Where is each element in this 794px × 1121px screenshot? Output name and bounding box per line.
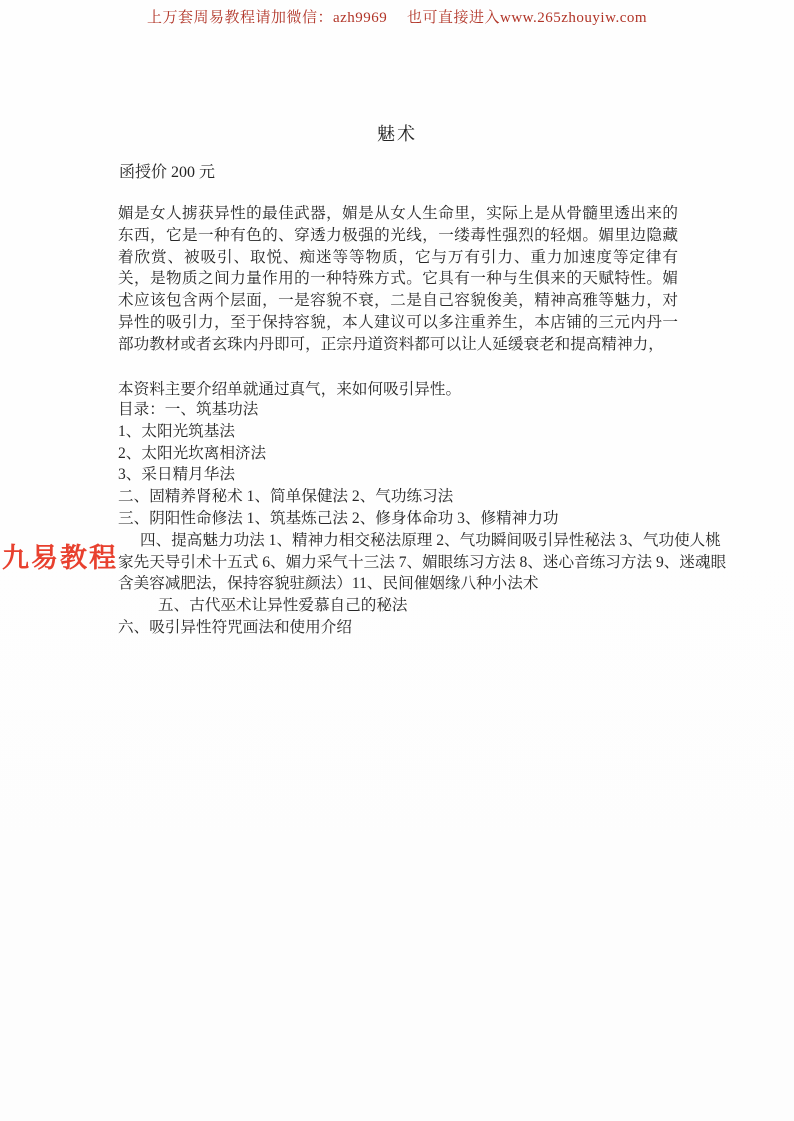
toc-line: 家先天导引术十五式 6、媚力采气十三法 7、媚眼练习方法 8、迷心音练习方法 9… [118,552,794,574]
toc-line: 1、太阳光筑基法 [118,421,794,443]
toc-line: 二、固精养肾秘术 1、简单保健法 2、气功练习法 [118,486,794,508]
price-label: 函授价 200 元 [119,159,215,182]
toc-line: 2、太阳光坎离相济法 [118,443,794,465]
toc-line: 三、阴阳性命修法 1、筑基炼己法 2、修身体命功 3、修精神力功 [118,508,794,530]
toc-line: 五、古代巫术让异性爱慕自己的秘法 [118,595,794,617]
scanned-document-page: 上万套周易教程请加微信：azh9969 也可直接进入www.265zhouyiw… [0,0,794,1121]
toc-line: 目录：一、筑基功法 [118,399,794,421]
summary-line: 本资料主要介绍单就通过真气，来如何吸引异性。 [118,377,461,399]
toc-line: 3、采日精月华法 [118,464,794,486]
page-title: 魅术 [0,120,794,146]
red-watermark-logo: 九易教程 [2,541,118,575]
promo-header-text: 上万套周易教程请加微信：azh9969 也可直接进入www.265zhouyiw… [0,6,794,27]
toc-line: 四、提高魅力功法 1、精神力相交秘法原理 2、气功瞬间吸引异性秘法 3、气功使人… [118,530,794,552]
table-of-contents: 目录：一、筑基功法 1、太阳光筑基法 2、太阳光坎离相济法 3、采日精月华法 二… [118,399,794,639]
intro-paragraph: 媚是女人掳获异性的最佳武器，媚是从女人生命里，实际上是从骨髓里透出来的东西，它是… [118,203,678,356]
toc-line: 六、吸引异性符咒画法和使用介绍 [118,617,794,639]
toc-line: 含美容减肥法，保持容貌驻颜法）11、民间催姻缘八种小法术 [118,573,794,595]
